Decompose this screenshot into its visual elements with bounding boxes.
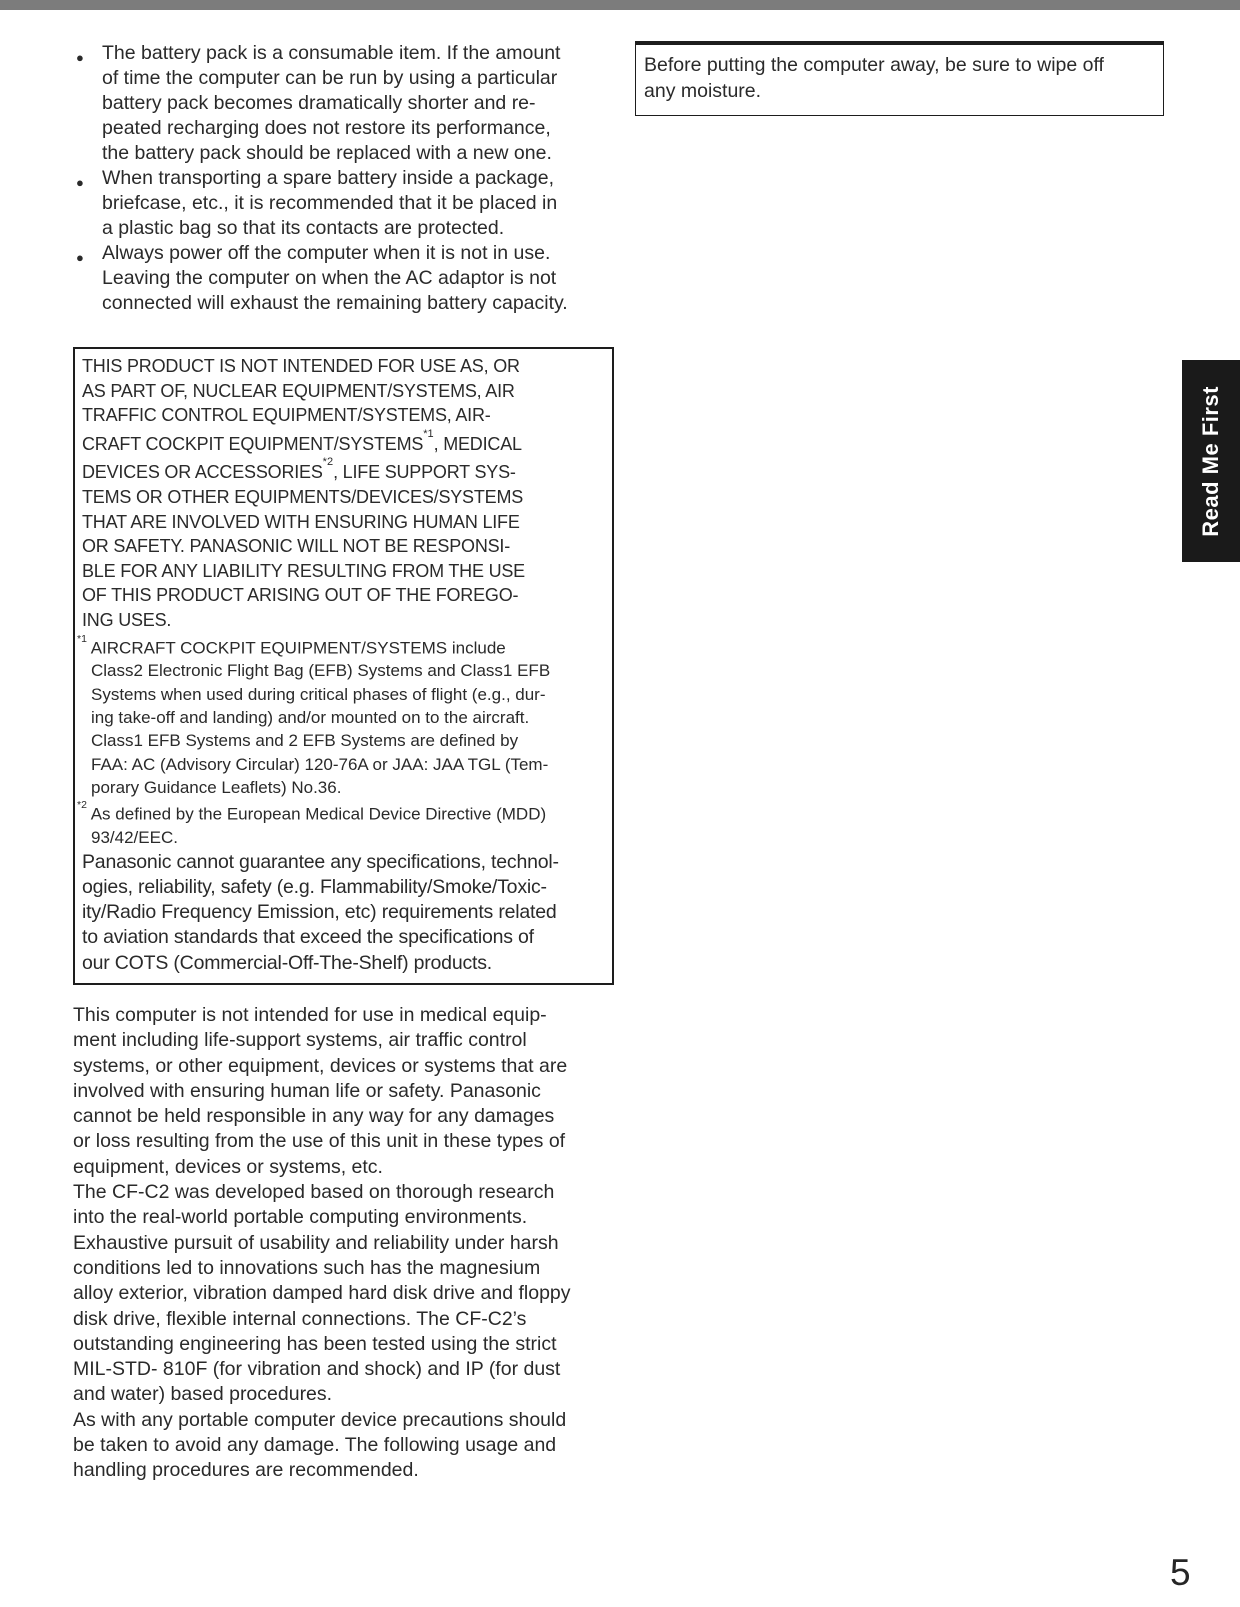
text-line: battery pack becomes dramatically shorte… — [102, 91, 618, 116]
read-me-first-tab: Read Me First — [1182, 360, 1240, 562]
text-line: THIS PRODUCT IS NOT INTENDED FOR USE AS,… — [82, 354, 605, 379]
warning-main-text: THIS PRODUCT IS NOT INTENDED FOR USE AS,… — [82, 354, 605, 633]
text-line: The CF-C2 was developed based on thoroug… — [73, 1180, 643, 1205]
text-line: our COTS (Commercial-Off-The-Shelf) prod… — [82, 951, 605, 976]
text-line: *2 As defined by the European Medical De… — [91, 799, 605, 826]
battery-notes-list: ●The battery pack is a consumable item. … — [73, 41, 618, 316]
text-line: alloy exterior, vibration damped hard di… — [73, 1281, 643, 1306]
text-line: of time the computer can be run by using… — [102, 66, 618, 91]
product-use-warning-box: THIS PRODUCT IS NOT INTENDED FOR USE AS,… — [73, 347, 614, 985]
page-top-bar — [0, 0, 1240, 10]
text-line: Systems when used during critical phases… — [91, 683, 605, 706]
text-line: any moisture. — [644, 78, 1155, 104]
text-line: or loss resulting from the use of this u… — [73, 1129, 643, 1154]
text-line: DEVICES OR ACCESSORIES*2, LIFE SUPPORT S… — [82, 456, 605, 485]
text-line: porary Guidance Leaflets) No.36. — [91, 776, 605, 799]
text-line: disk drive, flexible internal connection… — [73, 1307, 643, 1332]
text-line: briefcase, etc., it is recommended that … — [102, 191, 618, 216]
text-line: and water) based procedures. — [73, 1382, 643, 1407]
paragraph: As with any portable computer device pre… — [73, 1408, 643, 1484]
text-line: Exhaustive pursuit of usability and reli… — [73, 1231, 643, 1256]
moisture-note-box: Before putting the computer away, be sur… — [635, 41, 1164, 116]
text-line: ING USES. — [82, 608, 605, 633]
text-line: a plastic bag so that its contacts are p… — [102, 216, 618, 241]
text-line: to aviation standards that exceed the sp… — [82, 925, 605, 950]
text-line: involved with ensuring human life or saf… — [73, 1079, 643, 1104]
text-line: BLE FOR ANY LIABILITY RESULTING FROM THE… — [82, 559, 605, 584]
text-line: cannot be held responsible in any way fo… — [73, 1104, 643, 1129]
bullet-icon: ● — [76, 245, 84, 270]
page-number: 5 — [1170, 1552, 1191, 1594]
footnote: *2 As defined by the European Medical De… — [77, 799, 605, 849]
left-column: ●The battery pack is a consumable item. … — [73, 41, 618, 316]
text-line: CRAFT COCKPIT EQUIPMENT/SYSTEMS*1, MEDIC… — [82, 428, 605, 457]
text-line: As with any portable computer device pre… — [73, 1408, 643, 1433]
text-line: into the real-world portable computing e… — [73, 1205, 643, 1230]
warning-footnotes: *1 AIRCRAFT COCKPIT EQUIPMENT/SYSTEMS in… — [82, 633, 605, 850]
text-line: Panasonic cannot guarantee any specifica… — [82, 850, 605, 875]
list-item: ●The battery pack is a consumable item. … — [73, 41, 618, 166]
text-line: The battery pack is a consumable item. I… — [102, 41, 618, 66]
warning-closing-text: Panasonic cannot guarantee any specifica… — [82, 850, 605, 976]
body-paragraphs: This computer is not intended for use in… — [73, 1003, 643, 1484]
text-line: outstanding engineering has been tested … — [73, 1332, 643, 1357]
list-item: ●Always power off the computer when it i… — [73, 241, 618, 316]
text-line: AS PART OF, NUCLEAR EQUIPMENT/SYSTEMS, A… — [82, 379, 605, 404]
text-line: FAA: AC (Advisory Circular) 120-76A or J… — [91, 753, 605, 776]
paragraph: The CF-C2 was developed based on thoroug… — [73, 1180, 643, 1408]
text-line: Class1 EFB Systems and 2 EFB Systems are… — [91, 729, 605, 752]
footnote: *1 AIRCRAFT COCKPIT EQUIPMENT/SYSTEMS in… — [77, 633, 605, 800]
paragraph: This computer is not intended for use in… — [73, 1003, 643, 1180]
text-line: TRAFFIC CONTROL EQUIPMENT/SYSTEMS, AIR- — [82, 403, 605, 428]
text-line: equipment, devices or systems, etc. — [73, 1155, 643, 1180]
text-line: 93/42/EEC. — [91, 826, 605, 849]
text-line: ing take-off and landing) and/or mounted… — [91, 706, 605, 729]
text-line: ogies, reliability, safety (e.g. Flammab… — [82, 875, 605, 900]
text-line: Leaving the computer on when the AC adap… — [102, 266, 618, 291]
text-line: ity/Radio Frequency Emission, etc) requi… — [82, 900, 605, 925]
list-item: ●When transporting a spare battery insid… — [73, 166, 618, 241]
text-line: OF THIS PRODUCT ARISING OUT OF THE FOREG… — [82, 583, 605, 608]
text-line: connected will exhaust the remaining bat… — [102, 291, 618, 316]
text-line: Class2 Electronic Flight Bag (EFB) Syste… — [91, 659, 605, 682]
bullet-icon: ● — [76, 170, 84, 195]
text-line: *1 AIRCRAFT COCKPIT EQUIPMENT/SYSTEMS in… — [91, 633, 605, 660]
text-line: Before putting the computer away, be sur… — [644, 52, 1155, 78]
text-line: TEMS OR OTHER EQUIPMENTS/DEVICES/SYSTEMS — [82, 485, 605, 510]
bullet-icon: ● — [76, 45, 84, 70]
text-line: the battery pack should be replaced with… — [102, 141, 618, 166]
text-line: THAT ARE INVOLVED WITH ENSURING HUMAN LI… — [82, 510, 605, 535]
text-line: OR SAFETY. PANASONIC WILL NOT BE RESPONS… — [82, 534, 605, 559]
manual-page: ●The battery pack is a consumable item. … — [0, 0, 1240, 1607]
side-tab-label: Read Me First — [1198, 386, 1224, 537]
text-line: peated recharging does not restore its p… — [102, 116, 618, 141]
text-line: conditions led to innovations such has t… — [73, 1256, 643, 1281]
text-line: This computer is not intended for use in… — [73, 1003, 643, 1028]
text-line: be taken to avoid any damage. The follow… — [73, 1433, 643, 1458]
text-line: ment including life-support systems, air… — [73, 1028, 643, 1053]
text-line: When transporting a spare battery inside… — [102, 166, 618, 191]
text-line: handling procedures are recommended. — [73, 1458, 643, 1483]
text-line: MIL-STD- 810F (for vibration and shock) … — [73, 1357, 643, 1382]
text-line: systems, or other equipment, devices or … — [73, 1054, 643, 1079]
text-line: Always power off the computer when it is… — [102, 241, 618, 266]
